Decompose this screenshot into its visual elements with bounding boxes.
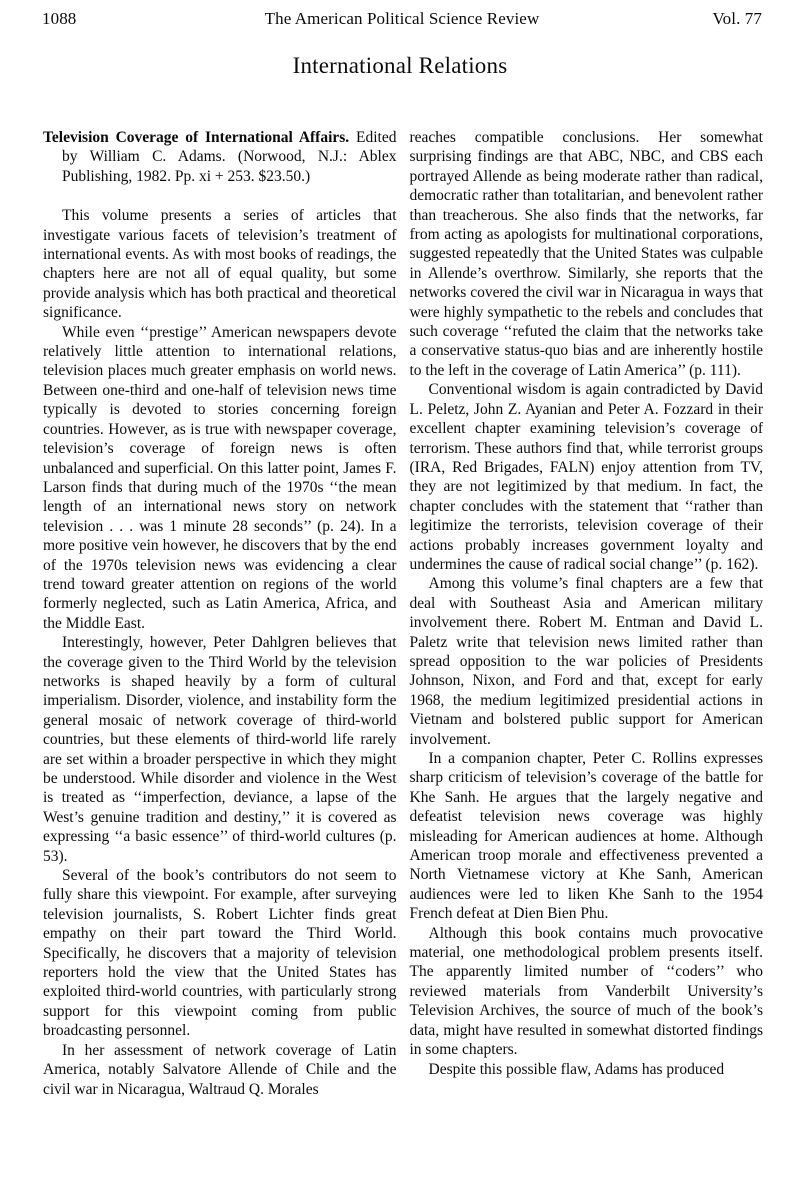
page-header: 1088 The American Political Science Revi… bbox=[0, 0, 800, 29]
review-paragraph: In a companion chapter, Peter C. Rollins… bbox=[410, 749, 764, 924]
right-column: reaches compatible conclusions. Her some… bbox=[410, 128, 764, 1099]
review-paragraph: While even ‘‘prestige’’ American newspap… bbox=[43, 323, 397, 634]
book-citation: Television Coverage of International Aff… bbox=[43, 128, 397, 186]
page-number: 1088 bbox=[42, 9, 172, 29]
left-column: Television Coverage of International Aff… bbox=[43, 128, 397, 1099]
review-paragraph: Interestingly, however, Peter Dahlgren b… bbox=[43, 633, 397, 866]
journal-page: 1088 The American Political Science Revi… bbox=[0, 0, 800, 1178]
review-body: Television Coverage of International Aff… bbox=[0, 128, 800, 1099]
review-paragraph: Several of the book’s contributors do no… bbox=[43, 866, 397, 1041]
review-paragraph: Although this book contains much provoca… bbox=[410, 924, 764, 1060]
review-paragraph: Conventional wisdom is again contradicte… bbox=[410, 380, 764, 574]
review-paragraph: Despite this possible flaw, Adams has pr… bbox=[410, 1060, 764, 1079]
review-paragraph: In her assessment of network coverage of… bbox=[43, 1041, 397, 1099]
review-paragraph-continuation: reaches compatible conclusions. Her some… bbox=[410, 128, 764, 380]
section-title: International Relations bbox=[0, 53, 800, 79]
review-paragraph: Among this volume’s final chapters are a… bbox=[410, 574, 764, 749]
journal-title: The American Political Science Review bbox=[172, 9, 632, 29]
review-paragraph: This volume presents a series of article… bbox=[43, 206, 397, 322]
volume-label: Vol. 77 bbox=[632, 9, 762, 29]
book-citation-title: Television Coverage of International Aff… bbox=[43, 129, 349, 146]
